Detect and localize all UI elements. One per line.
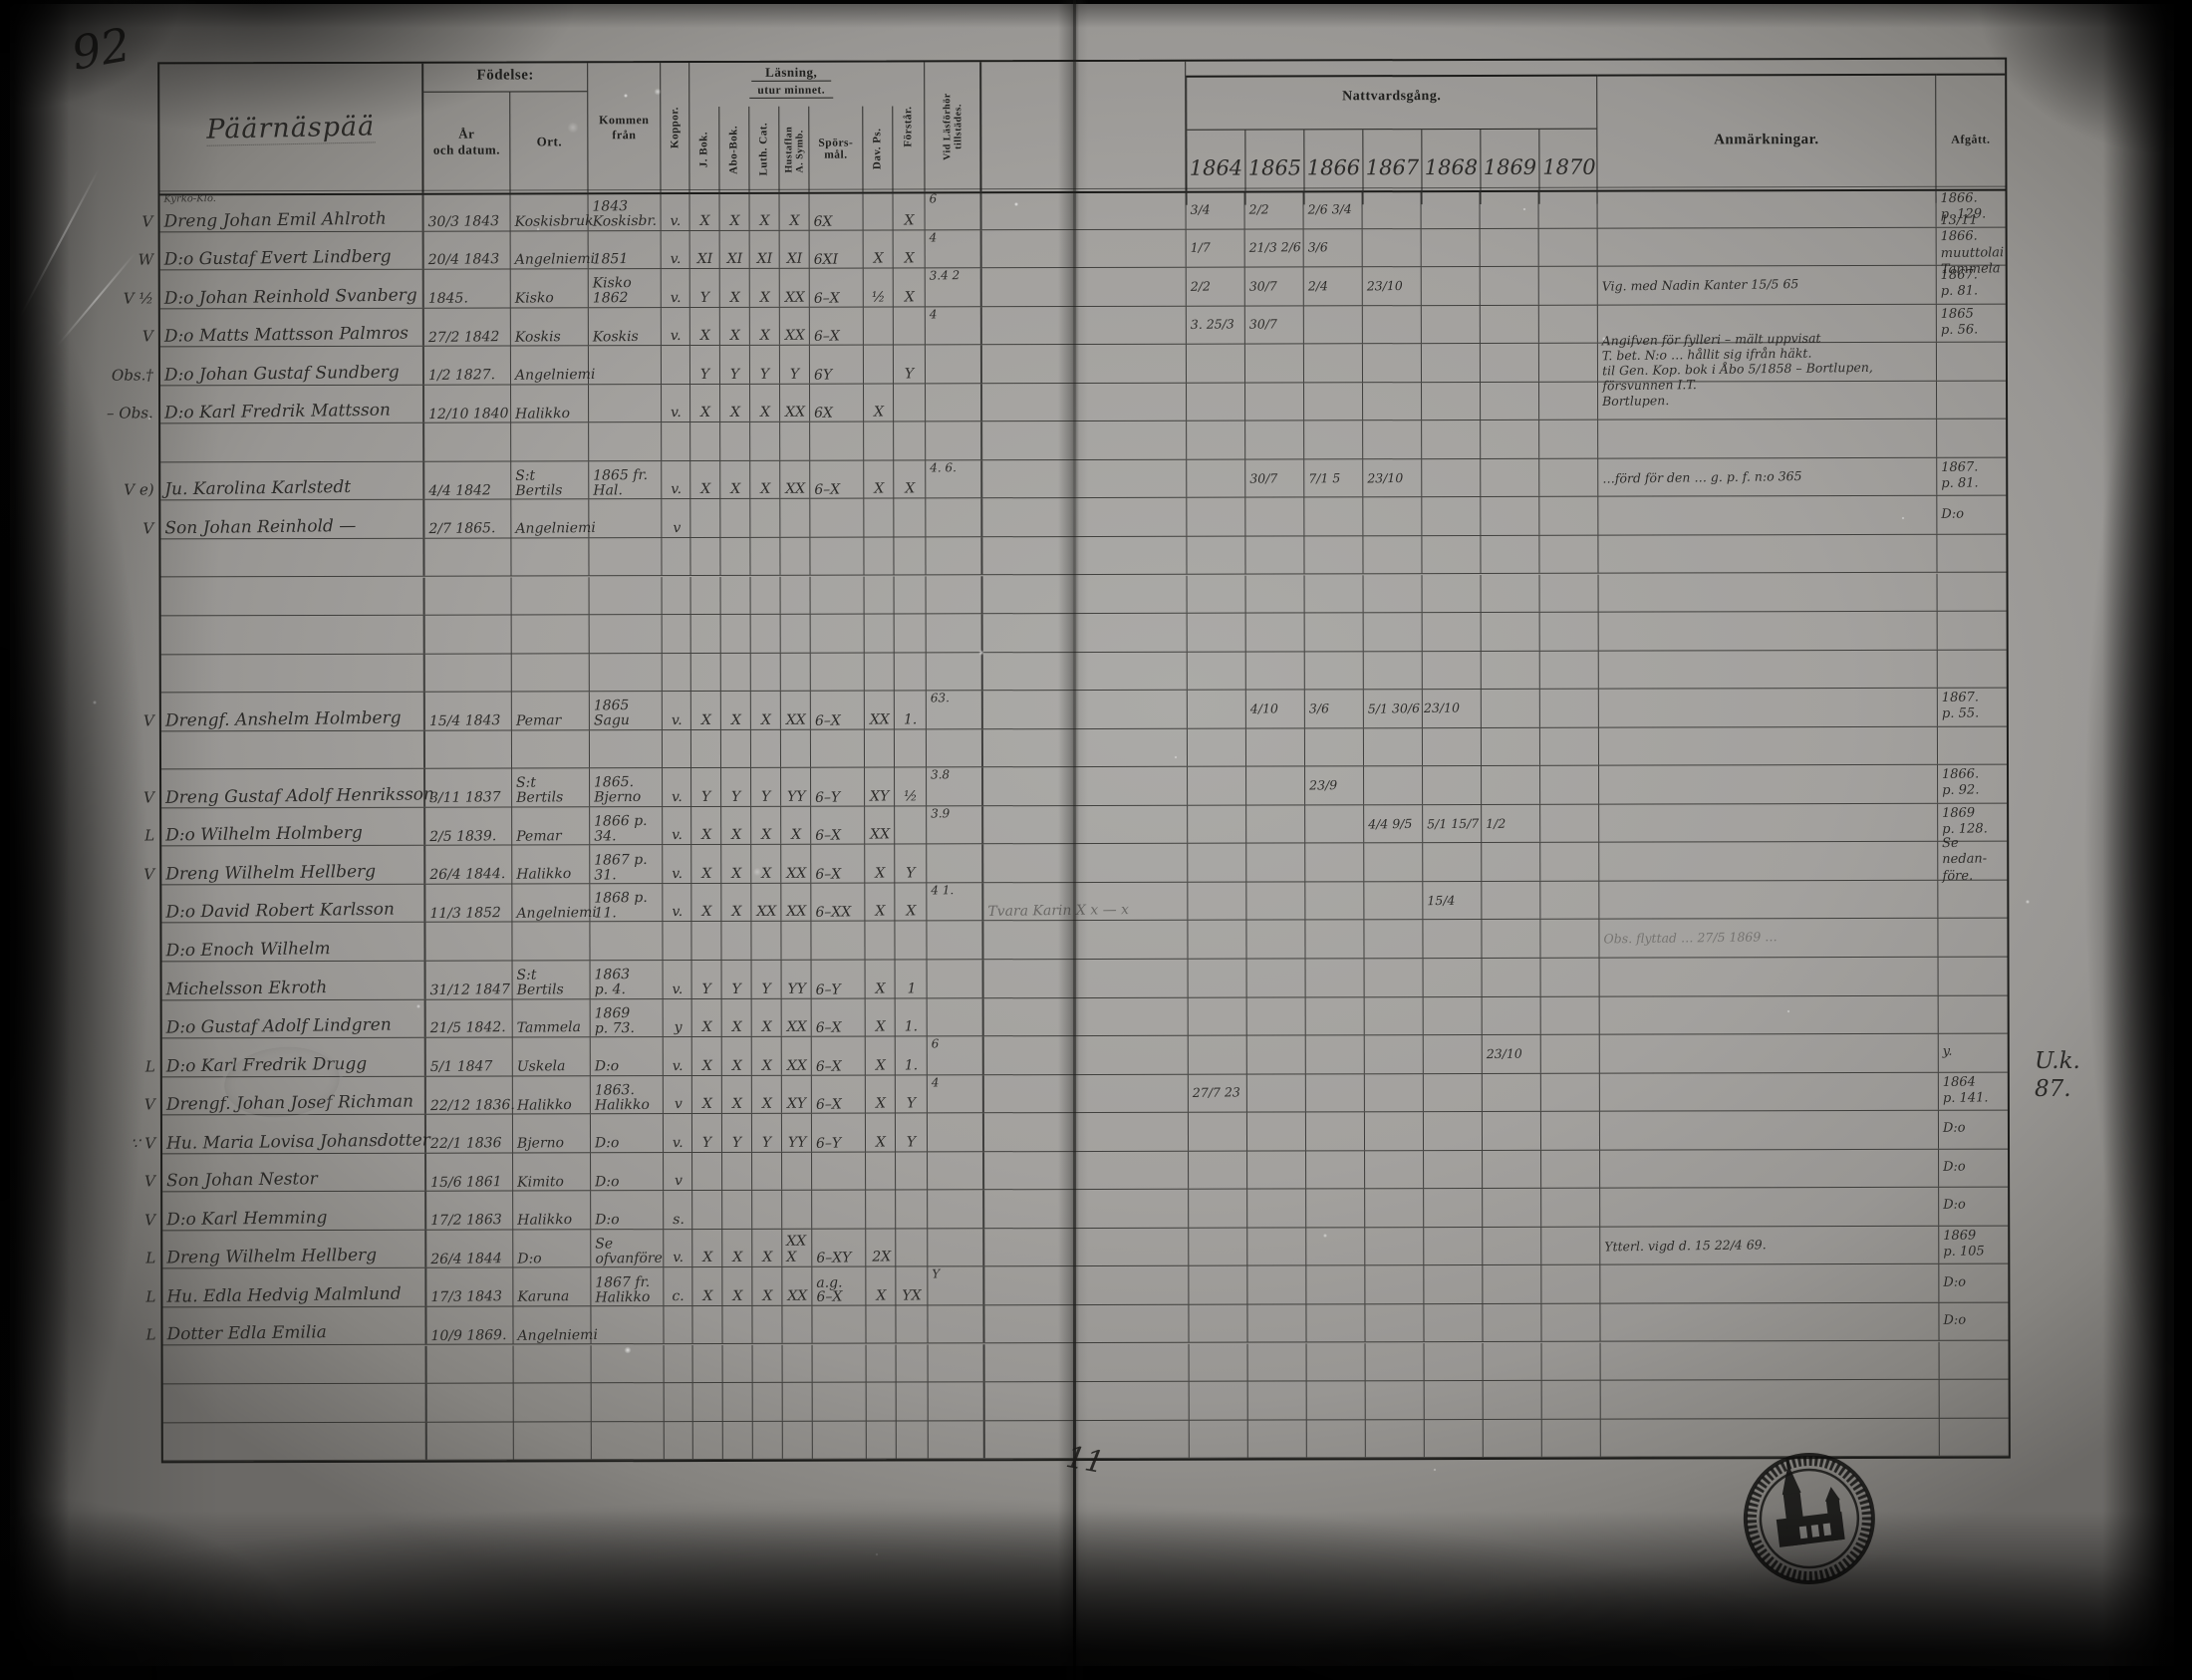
cell-y1864 [1189, 1266, 1247, 1304]
entry-text: ½ [872, 289, 886, 305]
entry-text: D:o Enoch Wilhelm [165, 939, 330, 961]
header-lasning: Läsning, [751, 65, 831, 82]
cell-forstar [897, 1421, 929, 1459]
cell-afgatt: 1864 p. 141. [1939, 1072, 2008, 1110]
cell-name: Son Johan Reinhold — [160, 500, 424, 538]
entry-text: Angelniemi [517, 1328, 598, 1344]
entry-text: V e) [124, 481, 154, 499]
entry-text: Halikko [517, 1098, 572, 1113]
cell-y1865 [1246, 805, 1305, 843]
cell-y1865 [1245, 421, 1304, 459]
cell-hust [782, 1191, 812, 1229]
cell-gap [983, 806, 1188, 844]
entry-text: 6–X [816, 1098, 842, 1112]
cell-luthcat: X [750, 192, 780, 230]
cell-vidlas [926, 345, 982, 383]
cell-kommen: D:o [591, 1037, 664, 1075]
fold-annotation: 11 [1063, 1440, 1107, 1481]
cell-davps [864, 537, 894, 575]
cell-ort: Angelniemi [512, 884, 590, 922]
cell-forstar: X [895, 883, 927, 921]
entry-text: Halikko [516, 867, 571, 882]
cell-y1864 [1188, 882, 1246, 920]
entry-text: XX [870, 711, 890, 727]
entry-text: D:o David Robert Karlsson [165, 900, 395, 923]
cell-anm: Ytterl. vigd d. 15 22/4 69. [1600, 1227, 1939, 1264]
cell-jbok: X [691, 692, 721, 729]
cell-y1869 [1484, 1419, 1542, 1457]
cell-y1867: 5/1 30/6 23/10 [1364, 690, 1423, 727]
entry-text: XX [786, 711, 806, 727]
cell-y1865 [1247, 1151, 1306, 1189]
cell-koppor: v. [663, 845, 691, 883]
cell-y1865 [1247, 1304, 1306, 1342]
cell-y1864 [1187, 537, 1245, 575]
cell-y1869 [1481, 190, 1539, 228]
cell-davps: XX [865, 806, 895, 844]
cell-luthcat [751, 922, 781, 960]
cell-afgatt: D:o [1937, 496, 2006, 534]
cell-ort: Halikko [512, 846, 590, 884]
cell-y1867 [1364, 728, 1423, 766]
entry-text: L [145, 1250, 155, 1267]
header-hustaflan: Hustaflan A. Symb. [779, 107, 809, 192]
cell-y1867 [1364, 766, 1423, 804]
cell-davps [866, 1152, 896, 1190]
cell-luthcat: X [750, 385, 780, 422]
cell-kommen: 1867 p. 31. [590, 845, 663, 883]
entry-text: L [145, 1287, 155, 1305]
cell-koppor: s. [664, 1191, 692, 1229]
cell-jbok: Y [690, 269, 720, 307]
cell-afgatt [1937, 535, 2006, 573]
entry-text: X [874, 251, 884, 267]
cell-y1866 [1307, 1381, 1366, 1419]
cell-kommen [590, 730, 663, 768]
cell-m [94, 578, 157, 616]
cell-y1866: 7/1 5 [1304, 459, 1363, 497]
entry-text: X [875, 904, 885, 920]
entry-text: 6Y [814, 368, 832, 382]
cell-abobok: Y [722, 961, 752, 998]
table-row: VDrengf. Johan Josef Richman22/12 1836.H… [162, 1072, 2008, 1115]
entry-text: v. [671, 405, 682, 420]
cell-ort: Halikko [513, 1192, 591, 1230]
cell-spors [813, 1383, 867, 1421]
entry-text: v. [672, 712, 683, 728]
header-fodelse: Födelse: [423, 67, 587, 84]
entry-text: X [729, 212, 739, 228]
cell-y1867 [1366, 1381, 1425, 1419]
cell-y1864 [1187, 459, 1245, 497]
cell-date: 2/5 1839. [425, 807, 512, 845]
cell-vidlas: 63. [927, 691, 983, 728]
cell-gap [984, 1190, 1189, 1228]
cell-abobok: X [722, 1230, 752, 1267]
entry-text: 6–X [815, 867, 841, 881]
cell-ort [512, 730, 590, 768]
cell-davps [865, 922, 895, 960]
cell-name: Son Johan Nestor [162, 1153, 426, 1191]
cell-anm: Vig. med Nadin Kanter 15/5 65 [1598, 266, 1937, 304]
table-row: Michelsson Ekroth31/12 1847S:t Bertils18… [162, 958, 2008, 1000]
entry-text: Kisko 1862 [593, 276, 632, 306]
cell-kommen [589, 346, 662, 384]
year-label: 1870 [1542, 154, 1596, 178]
cell-jbok: X [691, 884, 721, 922]
cell-spors: 6–X [812, 998, 866, 1036]
cell-y1866 [1307, 1420, 1366, 1458]
year-label: 1864 [1190, 155, 1243, 179]
cell-y1866: 3/6 [1305, 690, 1364, 727]
cell-m: L [95, 1231, 158, 1268]
cell-gap [984, 1266, 1189, 1304]
entry-text: V [142, 328, 153, 346]
cell-gap [982, 498, 1187, 536]
cell-hust [783, 1421, 813, 1459]
cell-jbok [690, 499, 720, 537]
entry-text: v. [671, 213, 682, 229]
entry-text: 1/2 [1486, 816, 1506, 829]
cell-y1869 [1482, 920, 1540, 958]
entry-text: 6–Y [815, 790, 840, 804]
cell-forstar [894, 499, 926, 537]
cell-koppor: v [664, 1076, 692, 1114]
cell-hust: X [780, 192, 810, 230]
cell-vidlas [928, 998, 984, 1036]
entry-text: X [702, 1058, 712, 1074]
cell-y1868 [1422, 229, 1481, 267]
cell-y1864 [1189, 960, 1247, 997]
entry-text: Hu. Maria Lovisa Johansdotter [166, 1130, 430, 1153]
cell-y1867 [1365, 1304, 1424, 1342]
cell-abobok: Y [721, 768, 751, 806]
entry-text: 6 [929, 191, 937, 205]
cell-y1865 [1246, 921, 1305, 959]
cell-y1865 [1247, 1228, 1306, 1265]
cell-y1870 [1541, 1150, 1600, 1188]
cell-y1867: 23/10 [1363, 459, 1422, 497]
cell-anm [1600, 1072, 1939, 1110]
cell-hust: XX [781, 884, 811, 922]
table-row: LD:o Karl Fredrik Drugg5/1 1847UskelaD:o… [162, 1034, 2008, 1077]
cell-davps: X [865, 845, 895, 883]
cell-y1868 [1424, 1265, 1483, 1303]
cell-y1864 [1189, 1228, 1247, 1265]
entry-text: X [732, 1019, 742, 1035]
cell-y1866 [1304, 421, 1363, 459]
entry-text: Y [732, 980, 741, 996]
entry-text: Son Johan Reinhold — [164, 516, 356, 539]
cell-gap [983, 652, 1188, 690]
cell-vidlas [929, 1382, 985, 1420]
table-body: VDreng Johan Emil AhlrothKyrko-Klo.30/3 … [160, 189, 2009, 1462]
cell-davps [866, 1305, 896, 1343]
cell-spors: 6Y [810, 346, 864, 384]
cell-abobok [721, 653, 751, 691]
entry-text: 6–Y [816, 982, 841, 996]
cell-anm [1600, 1264, 1939, 1302]
cell-name: D:o Karl Hemming [162, 1192, 426, 1230]
cell-y1868 [1423, 728, 1482, 766]
cell-ort: Angelniemi [511, 346, 589, 384]
cell-ort: Pemar [512, 807, 590, 845]
cell-m: V [93, 309, 156, 347]
cell-y1868 [1422, 536, 1481, 574]
cell-koppor: v [664, 1153, 692, 1191]
entry-text: Ju. Karolina Karlstedt [164, 477, 351, 499]
entry-text: Y [761, 789, 770, 805]
cell-y1868 [1424, 1151, 1483, 1189]
cell-gap [983, 767, 1188, 805]
entry-text: v. [671, 251, 682, 267]
cell-m [95, 1000, 158, 1038]
cell-jbok: XI [690, 231, 720, 269]
cell-y1868 [1425, 1381, 1484, 1419]
cell-koppor: v. [662, 231, 690, 269]
cell-spors: 6–X [812, 1037, 866, 1075]
cell-luthcat: X [751, 807, 781, 845]
table-row: ∵ VHu. Maria Lovisa Johansdotter22/1 183… [162, 1111, 2008, 1154]
cell-gap [985, 1343, 1190, 1381]
entry-text: 30/7 [1249, 471, 1277, 484]
cell-kommen: 1865 Sagu [590, 692, 663, 729]
year-label: 1869 [1484, 154, 1537, 178]
cell-hust [783, 1383, 813, 1421]
cell-davps: X [866, 1037, 896, 1075]
cell-name [163, 1422, 427, 1460]
cell-vidlas [926, 384, 982, 421]
cell-y1868 [1422, 459, 1481, 497]
cell-y1866 [1306, 1112, 1365, 1150]
cell-gap: Tvara Karin X x — x [983, 883, 1188, 921]
cell-forstar [894, 307, 926, 345]
cell-koppor: y [664, 999, 692, 1037]
entry-text: D:o Karl Hemming [166, 1208, 327, 1230]
entry-text: X [874, 405, 884, 420]
cell-date: 1/2 1827. [424, 347, 511, 385]
cell-name: Michelsson Ekroth [162, 962, 426, 999]
entry-text: X [905, 481, 915, 497]
cell-y1869 [1481, 267, 1539, 305]
cell-spors: 6X [810, 384, 864, 421]
entry-text: Halikko [515, 407, 570, 421]
entry-text: X [760, 481, 770, 497]
entry-text: X [762, 1250, 772, 1265]
entry-text: 1867 p. 31. [594, 852, 659, 882]
entry-text: v. [672, 904, 683, 920]
cell-m [93, 539, 156, 577]
cell-spors: 6–XX [811, 883, 865, 921]
cell-hust: Y [780, 346, 810, 384]
cell-ort [514, 1345, 592, 1383]
cell-name [160, 539, 424, 577]
cell-name: Hu. Maria Lovisa Johansdotter [162, 1115, 426, 1153]
cell-y1867 [1363, 190, 1422, 228]
cell-y1866 [1306, 1151, 1365, 1189]
entry-text: Y [907, 865, 916, 881]
cell-m: V ½ [93, 271, 156, 309]
cell-luthcat: X [750, 307, 780, 345]
entry-text: 2/4 [1308, 279, 1328, 292]
cell-name [163, 1384, 427, 1422]
cell-y1865: 4/10 [1246, 691, 1305, 728]
cell-gap [982, 421, 1187, 459]
year-label: 1866 [1307, 155, 1361, 179]
cell-name [161, 577, 425, 615]
cell-davps [864, 422, 894, 460]
cell-vidlas [926, 537, 982, 575]
cell-vidlas: 3.4 2 [926, 268, 982, 306]
cell-gap [983, 614, 1188, 652]
entry-text: ∵ V [131, 1134, 155, 1152]
cell-spors: a.g. 6–X [812, 1267, 866, 1305]
cell-y1865 [1248, 1343, 1307, 1381]
entry-text: YY [787, 980, 806, 996]
cell-afgatt [1938, 919, 2007, 957]
cell-afgatt [1938, 880, 2007, 918]
entry-text: XX [785, 289, 805, 305]
cell-luthcat: X [751, 845, 781, 883]
entry-text: 4/10 [1250, 701, 1278, 714]
entry-text: 1867. p. 55. [1942, 691, 1980, 723]
cell-y1869 [1482, 613, 1540, 651]
cell-hust: XX [780, 269, 810, 307]
cell-date: 2/7 1865. [424, 500, 511, 538]
cell-abobok: X [720, 192, 750, 230]
entry-text: X [700, 328, 710, 344]
entry-text: 63. [931, 691, 950, 704]
cell-y1870 [1540, 843, 1599, 881]
entry-text: X [904, 212, 914, 228]
cell-forstar [895, 729, 927, 767]
cell-vidlas [926, 422, 982, 460]
entry-text: Y [702, 1135, 711, 1151]
entry-text: …förd för den … g. p. f. n:o 365 [1602, 468, 1801, 486]
entry-text: 23/9 [1309, 778, 1337, 791]
cell-m: V [95, 1077, 158, 1115]
cell-vidlas [928, 1191, 984, 1229]
cell-y1864 [1187, 498, 1245, 536]
entry-text: Pemar [516, 713, 562, 728]
cell-forstar [894, 537, 926, 575]
ledger-table: Päärnäspää Födelse: År och datum. Ort. K… [157, 58, 2011, 1464]
cell-date [425, 923, 512, 961]
header-spacer [981, 62, 1186, 192]
cell-y1865: 30/7 [1245, 459, 1304, 497]
cell-davps [867, 1383, 897, 1421]
cell-ort: Tammela [513, 999, 591, 1037]
cell-luthcat: Y [750, 346, 780, 384]
cell-y1869: 1/2 [1482, 805, 1540, 843]
cell-y1866 [1304, 536, 1363, 574]
cell-abobok [723, 1344, 753, 1382]
cell-m: L [95, 1307, 158, 1345]
cell-luthcat: X [752, 1037, 782, 1075]
cell-kommen: Kisko 1862 [589, 269, 662, 307]
entry-text: XI [757, 251, 773, 267]
cell-date: 11/3 1852 [425, 884, 512, 922]
cell-ort [512, 615, 590, 653]
cell-davps [865, 576, 895, 614]
cell-date: 27/2 1842 [424, 308, 511, 346]
cell-forstar: 1 [896, 960, 928, 997]
entry-text: 1863 p. 4. [594, 968, 630, 997]
entry-text: Y [702, 980, 711, 996]
cell-kommen: 1867 fr. Halikko [591, 1267, 664, 1305]
cell-m: V [94, 847, 157, 885]
cell-y1865 [1247, 959, 1306, 996]
cell-koppor: v. [663, 884, 691, 922]
cell-jbok [693, 1422, 723, 1460]
cell-y1868 [1424, 997, 1483, 1035]
cell-davps: XX [865, 692, 895, 729]
cell-afgatt: 1867. p. 55. [1938, 689, 2007, 726]
cell-jbok: Y [691, 768, 721, 806]
cell-koppor [662, 538, 690, 576]
cell-jbok: Y [690, 346, 720, 384]
cell-spors: 6–Y [812, 961, 866, 998]
header-nattvardsgang: Nattvardsgång. [1187, 89, 1596, 106]
cell-y1869 [1482, 574, 1540, 612]
header-ort: Ort. [510, 91, 588, 192]
cell-forstar: Y [896, 1114, 928, 1152]
cell-y1870 [1541, 1035, 1600, 1073]
cell-anm [1598, 535, 1937, 573]
cell-vidlas [927, 653, 983, 691]
cell-date: 17/2 1863 [426, 1192, 513, 1230]
entry-text: Y [701, 789, 710, 805]
cell-y1867 [1365, 1228, 1424, 1265]
cell-y1867 [1363, 344, 1422, 382]
cell-y1870 [1540, 766, 1599, 804]
margin-note: U.k. 87. [2035, 1048, 2080, 1103]
entry-text: YY [788, 1134, 807, 1150]
entry-text: Dreng Gustaf Adolf Henriksson [165, 784, 434, 808]
cell-date: 17/3 1843 [426, 1268, 513, 1306]
cell-y1868 [1423, 690, 1482, 727]
cell-jbok: X [692, 998, 722, 1036]
cell-y1865 [1247, 1074, 1306, 1112]
cell-forstar: Y [895, 845, 927, 883]
cell-y1870 [1539, 420, 1598, 458]
table-row: D:o Gustaf Adolf Lindgren21/5 1842.Tamme… [162, 995, 2008, 1038]
cell-luthcat: X [752, 998, 782, 1036]
cell-koppor [663, 577, 691, 615]
cell-anm [1599, 573, 1938, 611]
cell-y1864 [1189, 1305, 1247, 1343]
entry-text: 11/3 1852 [429, 906, 501, 922]
cell-y1864 [1187, 383, 1245, 420]
cell-luthcat: X [752, 1075, 782, 1113]
cell-koppor: v [662, 499, 690, 537]
cell-y1866 [1305, 652, 1364, 690]
entry-text: 4. 6. [930, 460, 957, 474]
cell-y1870 [1539, 382, 1598, 420]
cell-luthcat [751, 576, 781, 614]
cell-luthcat [752, 1153, 782, 1191]
cell-y1865 [1248, 1420, 1307, 1458]
cell-y1864: 1/7 [1187, 229, 1245, 267]
header-j-bok: J. Bok. [689, 107, 719, 192]
header-fodelse-group: Födelse: År och datum. Ort. [423, 63, 588, 192]
cell-date [425, 730, 512, 768]
cell-abobok [723, 1421, 753, 1459]
entry-text: 21/3 2/6 [1249, 240, 1301, 254]
cell-davps: 2X [866, 1229, 896, 1266]
cell-anm [1599, 650, 1938, 688]
entry-text: XX [756, 904, 776, 920]
